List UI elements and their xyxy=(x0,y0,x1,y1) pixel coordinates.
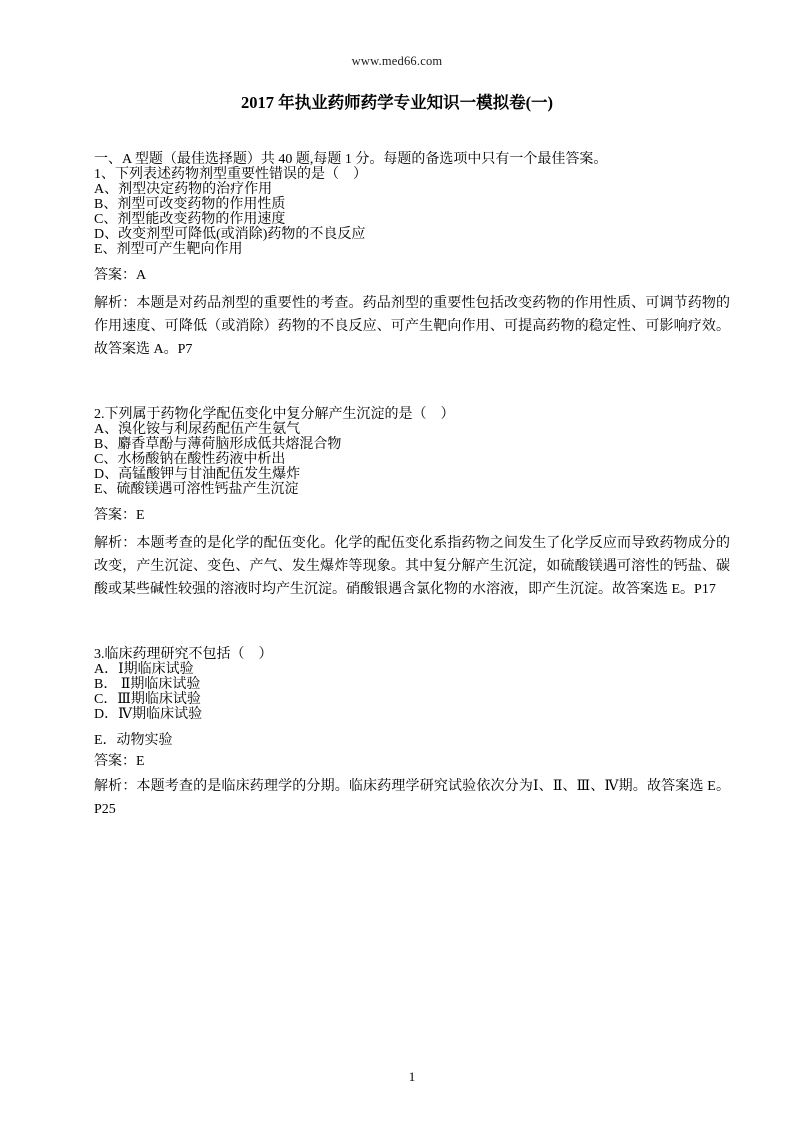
analysis-text: 解析：本题考查的是化学的配伍变化。化学的配伍变化系指药物之间发生了化学反应而导致… xyxy=(94,532,730,601)
question-stem: 2.下列属于药物化学配伍变化中复分解产生沉淀的是（ ） xyxy=(94,407,730,422)
document-body: 一、A 型题（最佳选择题）共 40 题,每题 1 分。每题的备选项中只有一个最佳… xyxy=(0,152,794,821)
question-block-2: 2.下列属于药物化学配伍变化中复分解产生沉淀的是（ ） A、溴化铵与利尿药配伍产… xyxy=(94,407,730,601)
page-title: 2017 年执业药师药学专业知识一模拟卷(一) xyxy=(0,94,794,112)
option-line: C．Ⅲ期临床试验 xyxy=(94,692,730,707)
option-line: D、改变剂型可降低(或消除)药物的不良反应 xyxy=(94,227,730,242)
option-line: A、溴化铵与利尿药配伍产生氨气 xyxy=(94,422,730,437)
answer-line: 答案：E xyxy=(94,508,730,523)
option-line: C、水杨酸钠在酸性药液中析出 xyxy=(94,452,730,467)
option-line: B、麝香草酚与薄荷脑形成低共熔混合物 xyxy=(94,437,730,452)
analysis-text: 解析：本题考查的是临床药理学的分期。临床药理学研究试验依次分为Ⅰ、Ⅱ、Ⅲ、Ⅳ期。… xyxy=(94,775,730,821)
question-stem: 3.临床药理研究不包括（ ） xyxy=(94,647,730,662)
page-number: 1 xyxy=(94,1070,730,1084)
option-line: E、硫酸镁遇可溶性钙盐产生沉淀 xyxy=(94,482,730,497)
question-block-3: 3.临床药理研究不包括（ ） A．Ⅰ期临床试验 B． Ⅱ期临床试验 C．Ⅲ期临床… xyxy=(94,647,730,821)
option-line: E．动物实验 xyxy=(94,733,730,748)
option-line: A、剂型决定药物的治疗作用 xyxy=(94,182,730,197)
section-header: 一、A 型题（最佳选择题）共 40 题,每题 1 分。每题的备选项中只有一个最佳… xyxy=(94,152,730,167)
option-line: B． Ⅱ期临床试验 xyxy=(94,677,730,692)
header-site-url: www.med66.com xyxy=(0,55,794,68)
document-page: www.med66.com 2017 年执业药师药学专业知识一模拟卷(一) 一、… xyxy=(0,0,794,1123)
option-line: B、剂型可改变药物的作用性质 xyxy=(94,197,730,212)
analysis-text: 解析：本题是对药品剂型的重要性的考查。药品剂型的重要性包括改变药物的作用性质、可… xyxy=(94,292,730,361)
answer-line: 答案：A xyxy=(94,268,730,283)
option-line: C、剂型能改变药物的作用速度 xyxy=(94,212,730,227)
option-line: D．Ⅳ期临床试验 xyxy=(94,707,730,722)
option-line: E、剂型可产生靶向作用 xyxy=(94,242,730,257)
option-line: A．Ⅰ期临床试验 xyxy=(94,662,730,677)
question-stem: 1、下列表述药物剂型重要性错误的是（ ） xyxy=(94,167,730,182)
question-block-1: 1、下列表述药物剂型重要性错误的是（ ） A、剂型决定药物的治疗作用 B、剂型可… xyxy=(94,167,730,361)
answer-line: 答案：E xyxy=(94,754,730,769)
option-line: D、高锰酸钾与甘油配伍发生爆炸 xyxy=(94,467,730,482)
